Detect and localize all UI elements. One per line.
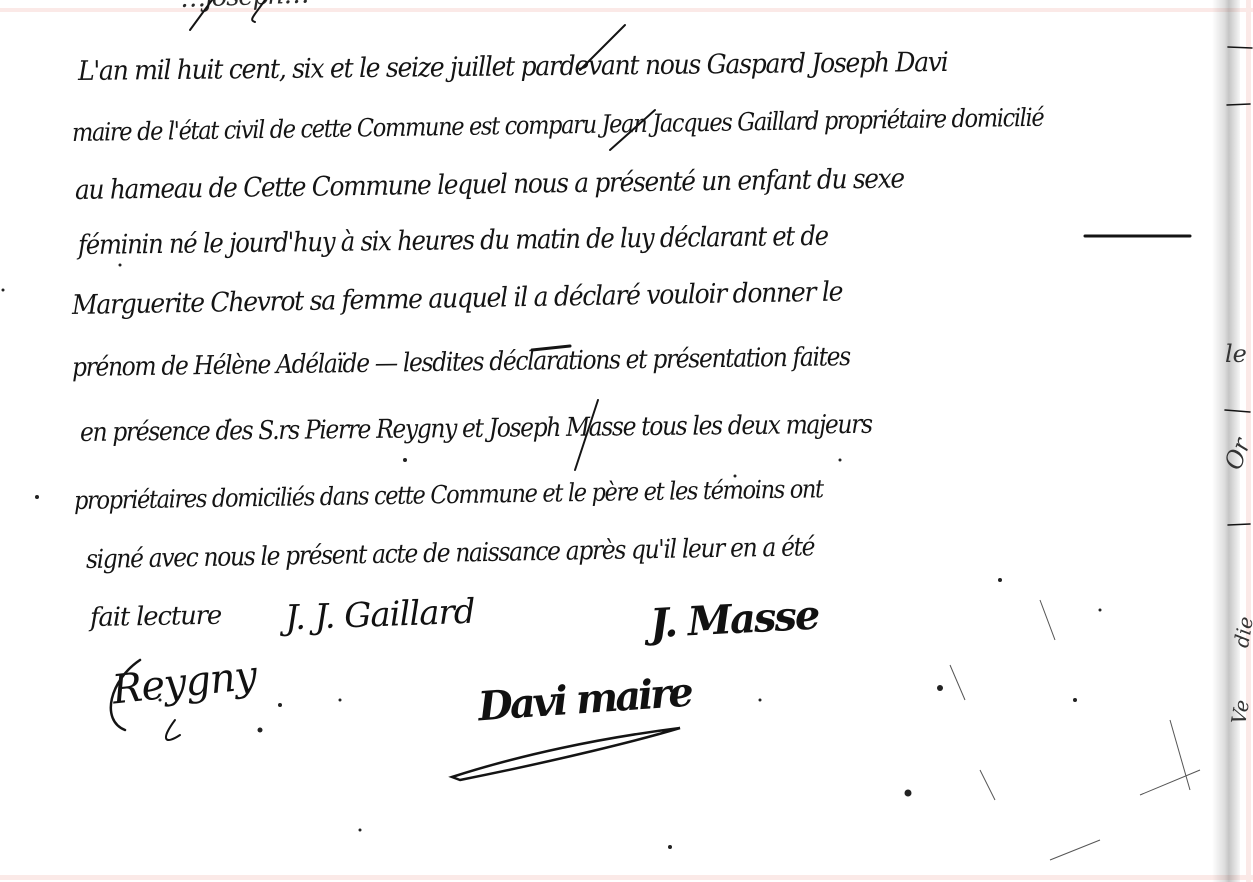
signature-gaillard: J. J. Gaillard xyxy=(284,595,475,636)
margin-fragment-3: die xyxy=(1229,615,1253,650)
record-line-4: féminin né le jourd'huy à six heures du … xyxy=(78,223,828,259)
signature-masse: J. Masse xyxy=(649,596,819,645)
document-page: …joseph… L'an mil huit cent, six et le s… xyxy=(0,0,1253,882)
record-line-7: en présence des S.rs Pierre Reygny et Jo… xyxy=(80,412,872,446)
signature-davi-maire: Davi maire xyxy=(477,673,692,728)
record-line-8: propriétaires domiciliés dans cette Comm… xyxy=(74,476,823,513)
top-fragment: …joseph… xyxy=(180,0,309,12)
margin-fragment-4: Ve xyxy=(1226,698,1253,726)
signature-reygny: Reygny xyxy=(110,656,258,711)
record-line-3: au hameau de Cette Commune lequel nous a… xyxy=(75,165,904,204)
record-line-1: L'an mil huit cent, six et le seize juil… xyxy=(78,49,948,85)
record-line-2: maire de l'état civil de cette Commune e… xyxy=(72,105,1044,145)
record-line-10: fait lecture xyxy=(90,603,221,631)
record-line-6: prénom de Hélène Adélaïde — lesdites déc… xyxy=(72,344,850,381)
margin-fragment-1: le xyxy=(1225,340,1247,368)
record-line-5: Marguerite Chevrot sa femme auquel il a … xyxy=(72,279,843,319)
record-line-9: signé avec nous le présent acte de naiss… xyxy=(86,534,815,573)
scan-border-bottom xyxy=(0,875,1253,880)
